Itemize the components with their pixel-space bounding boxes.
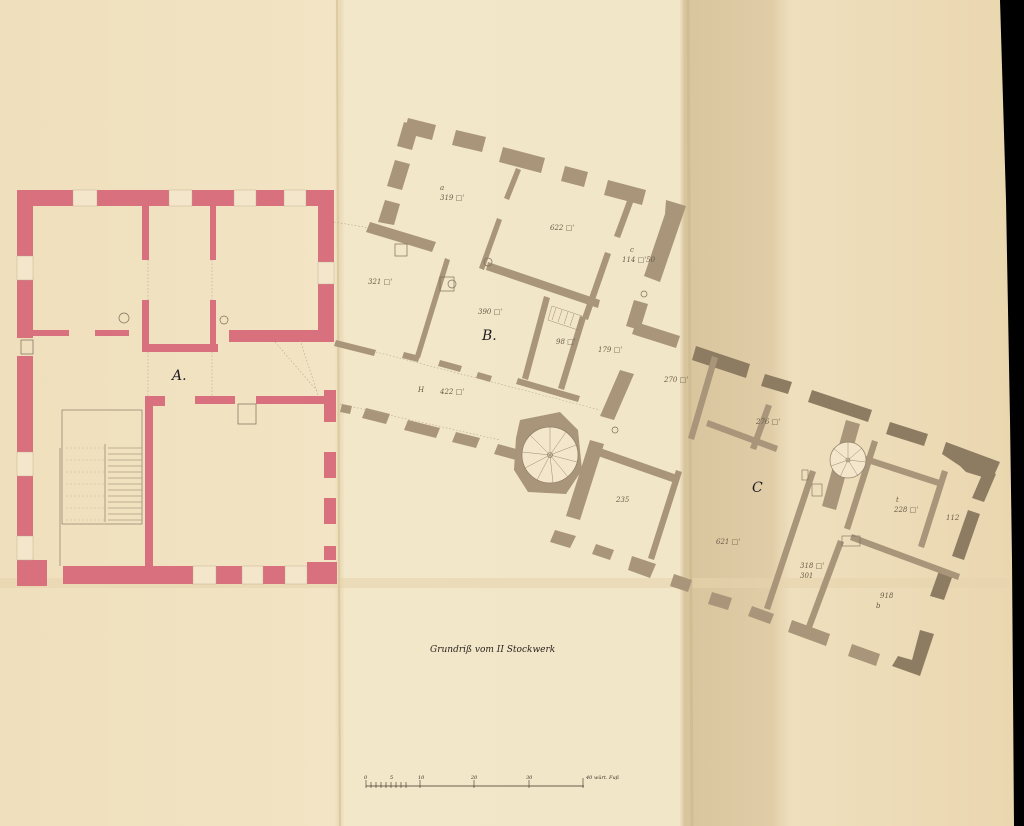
room-area: 621 □': [716, 538, 740, 546]
wing-a-label: A.: [170, 368, 187, 384]
room-area: 422 □': [439, 388, 464, 396]
room-letter: c: [630, 246, 634, 254]
scale-tick: 10: [418, 775, 425, 781]
scale-tick: 20: [470, 775, 478, 781]
room-area: 276 □': [755, 418, 780, 426]
room-letter: b: [876, 602, 881, 610]
room-letter: t: [896, 496, 899, 504]
room-area: 270 □': [663, 376, 688, 384]
room-area: 321 □': [368, 278, 392, 286]
room-area: 301: [800, 572, 813, 580]
room-area: 319 □': [440, 194, 464, 202]
spiral-staircase: [514, 412, 582, 494]
floor-plan-sheet: A. B. C a 319 □' 622 □' c 114 □'50 321 □…: [0, 0, 1024, 826]
scale-end-label: 40 würt. Fuß: [585, 775, 619, 781]
scale-tick: 5: [390, 775, 393, 781]
drawing-title: Grundriß vom II Stockwerk: [430, 645, 555, 655]
room-letter: a: [440, 184, 444, 192]
room-area: 622 □': [550, 224, 574, 232]
wing-c-label: C: [752, 480, 763, 496]
room-area: 228 □': [893, 506, 918, 514]
wing-c-spiral-staircase: [830, 442, 866, 478]
room-area: 114 □'50: [622, 256, 656, 264]
scale-tick: 30: [526, 775, 533, 781]
room-area: 98 □': [556, 338, 576, 346]
room-area: 318 □': [800, 562, 824, 570]
room-area: 112: [946, 514, 960, 522]
room-area: 918: [880, 592, 894, 600]
room-area: 235: [615, 496, 630, 504]
wing-b-label: B.: [481, 328, 497, 344]
room-area: 179 □': [598, 346, 622, 354]
room-letter: H: [417, 386, 425, 394]
room-area: 390 □': [478, 308, 502, 316]
